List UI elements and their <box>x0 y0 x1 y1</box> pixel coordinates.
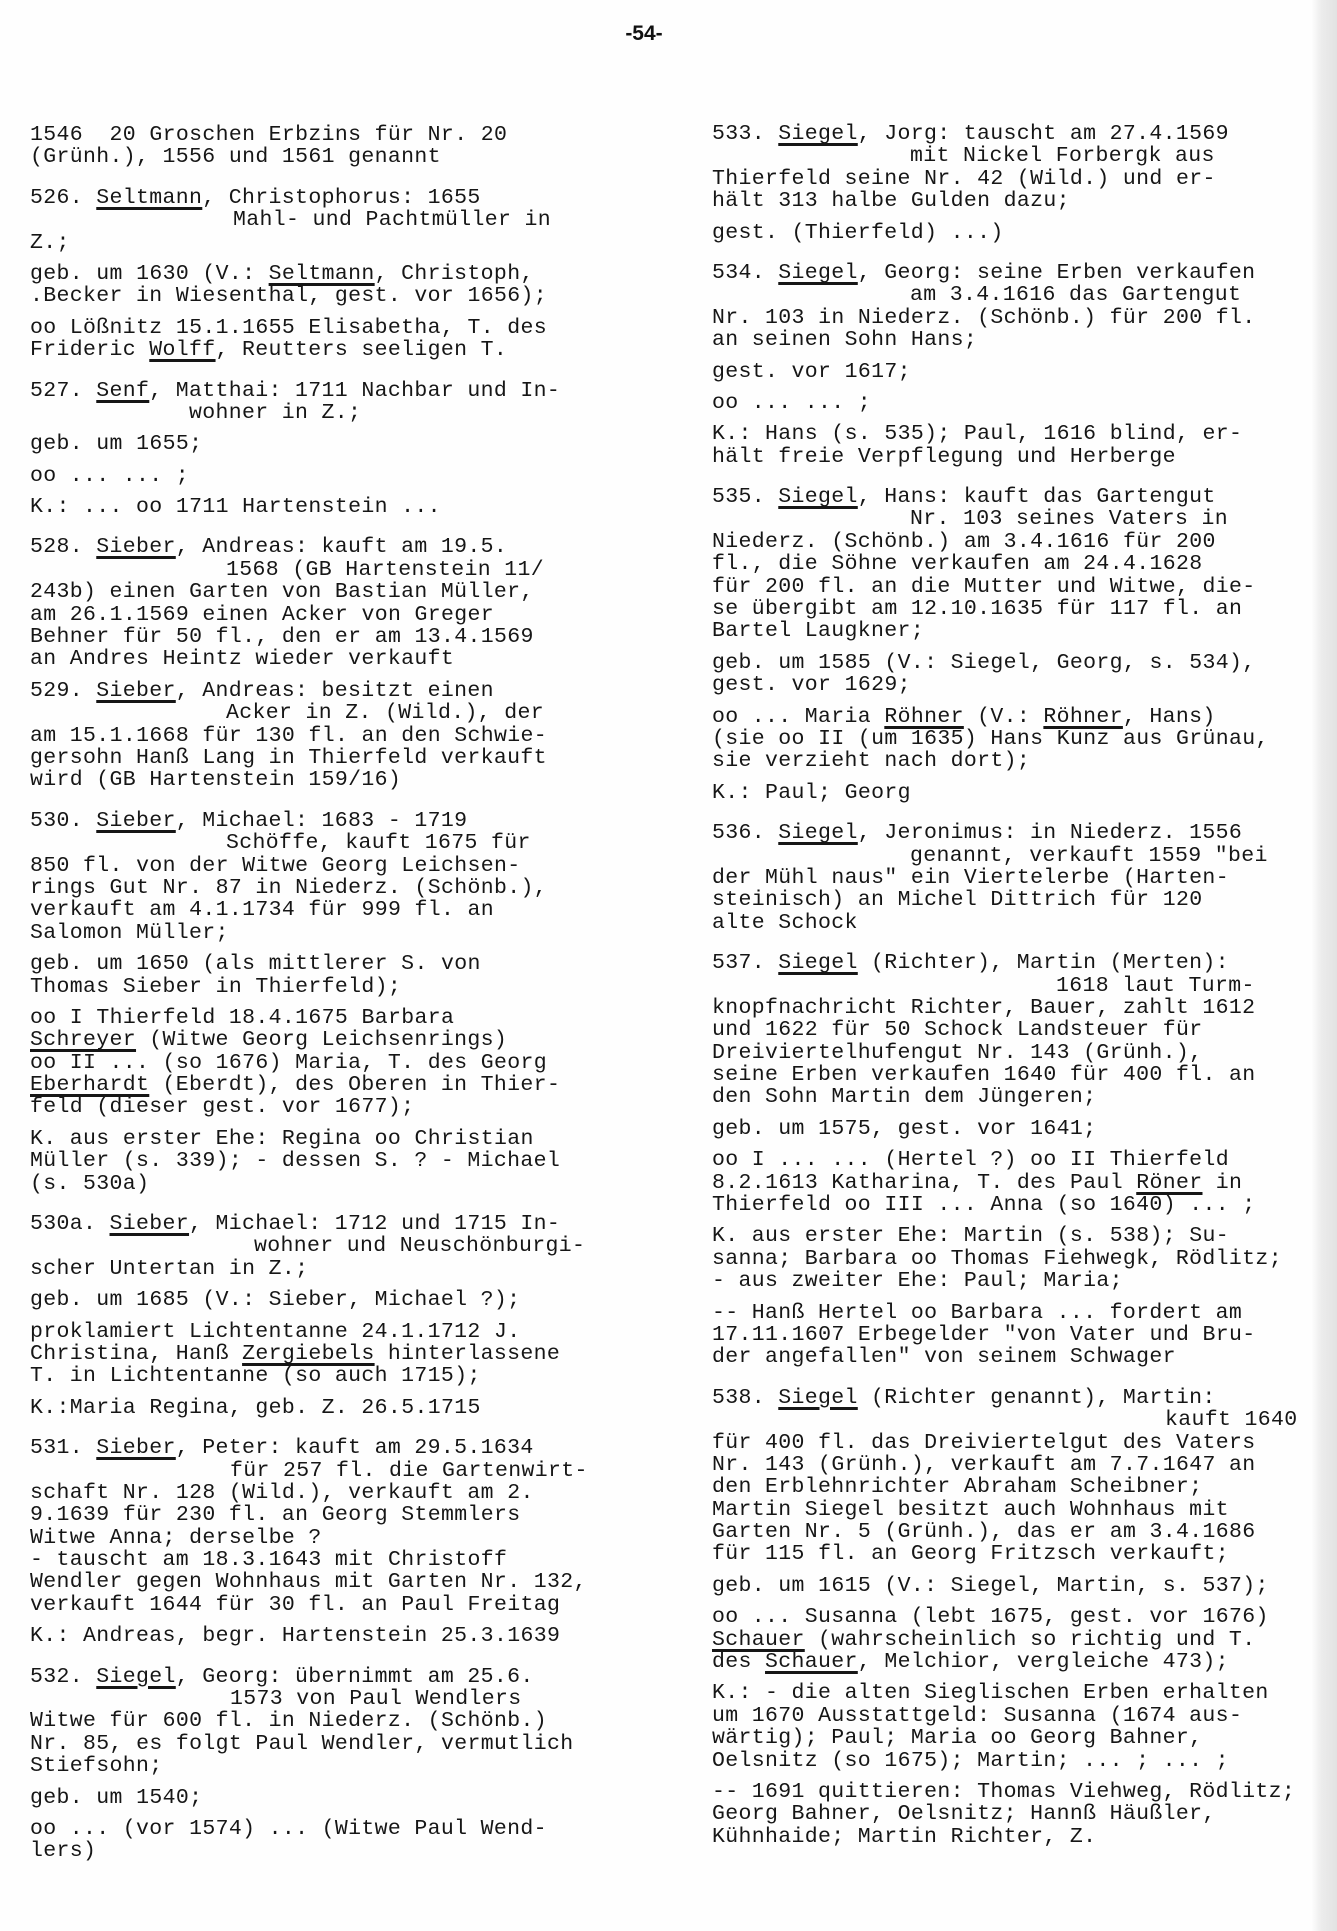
entry-paragraph: oo ... ... ; <box>30 465 680 487</box>
entry-surname: Sieber <box>96 809 176 833</box>
entry-heading-continuation: für 257 fl. die Gartenwirt- <box>30 1460 680 1482</box>
text-line: - tauscht am 18.3.1643 mit Christoff <box>30 1549 680 1571</box>
text-line: Schreyer (Witwe Georg Leichsenrings) <box>30 1029 680 1051</box>
entry-number: 527. <box>30 379 96 403</box>
genealogy-entry: 530. Sieber, Michael: 1683 - 1719Schöffe… <box>30 810 680 944</box>
text-line: proklamiert Lichtentanne 24.1.1712 J. <box>30 1321 680 1343</box>
text-line: Thierfeld oo III ... Anna (so 1640) ... … <box>712 1194 1312 1216</box>
entry-paragraph: oo ... Susanna (lebt 1675, gest. vor 167… <box>712 1606 1312 1673</box>
text-line: um 1670 Ausstattgeld: Susanna (1674 aus- <box>712 1705 1312 1727</box>
text-line: K.: ... oo 1711 Hartenstein ... <box>30 496 680 518</box>
entry-heading-text: , Matthai: 1711 Nachbar und In- <box>149 379 560 403</box>
text-line: alte Schock <box>712 912 1312 934</box>
text-line: der angefallen" von seinem Schwager <box>712 1346 1312 1368</box>
text-line: hält 313 halbe Gulden dazu; <box>712 190 1312 212</box>
text-line: sanna; Barbara oo Thomas Fiehwegk, Rödli… <box>712 1248 1312 1270</box>
text-line: 8.2.1613 Katharina, T. des Paul Röner in <box>712 1172 1312 1194</box>
text-line: Salomon Müller; <box>30 922 680 944</box>
entry-heading: 536. Siegel, Jeronimus: in Niederz. 1556 <box>712 822 1312 844</box>
entry-number: 526. <box>30 186 96 210</box>
text-line: für 200 fl. an die Mutter und Witwe, die… <box>712 576 1312 598</box>
entry-paragraph: oo I Thierfeld 18.4.1675 BarbaraSchreyer… <box>30 1007 680 1119</box>
text-line: lers) <box>30 1840 680 1862</box>
text-line: 17.11.1607 Erbegelder "von Vater und Bru… <box>712 1324 1312 1346</box>
entry-paragraph: gest. vor 1617; <box>712 361 1312 383</box>
text-line: gest. vor 1617; <box>712 361 1312 383</box>
entry-paragraph: 1546 20 Groschen Erbzins für Nr. 20(Grün… <box>30 124 680 169</box>
text-line: sie verzieht nach dort); <box>712 750 1312 772</box>
genealogy-entry: 535. Siegel, Hans: kauft das GartengutNr… <box>712 486 1312 643</box>
text-line: Niederz. (Schönb.) am 3.4.1616 für 200 <box>712 531 1312 553</box>
text-line: geb. um 1685 (V.: Sieber, Michael ?); <box>30 1289 680 1311</box>
entry-paragraph: oo ... ... ; <box>712 392 1312 414</box>
text-line: gest. (Thierfeld) ...) <box>712 222 1312 244</box>
entry-heading-text: , Andreas: besitzt einen <box>176 679 494 703</box>
text-line: 1546 20 Groschen Erbzins für Nr. 20 <box>30 124 680 146</box>
genealogy-entry: 531. Sieber, Peter: kauft am 29.5.1634fü… <box>30 1437 680 1616</box>
text-line: Nr. 103 in Niederz. (Schönb.) für 200 fl… <box>712 307 1312 329</box>
underlined-surname: Eberhardt <box>30 1073 149 1097</box>
genealogy-entry: 533. Siegel, Jorg: tauscht am 27.4.1569m… <box>712 123 1312 213</box>
scan-edge-shadow <box>1311 0 1337 1931</box>
entry-surname: Siegel <box>778 261 858 285</box>
text-line: geb. um 1575, gest. vor 1641; <box>712 1118 1312 1140</box>
text-line: Eberhardt (Eberdt), des Oberen in Thier- <box>30 1074 680 1096</box>
text-line: an seinen Sohn Hans; <box>712 329 1312 351</box>
entry-heading-continuation: Acker in Z. (Wild.), der <box>30 702 680 724</box>
entry-heading-continuation: wohner in Z.; <box>30 402 680 424</box>
text-line: fl., die Söhne verkaufen am 24.4.1628 <box>712 553 1312 575</box>
text-line: wird (GB Hartenstein 159/16) <box>30 769 680 791</box>
entry-surname: Seltmann <box>96 186 202 210</box>
entry-heading: 531. Sieber, Peter: kauft am 29.5.1634 <box>30 1437 680 1459</box>
text-line: und 1622 für 50 Schock Landsteuer für <box>712 1019 1312 1041</box>
entry-paragraph: K.:Maria Regina, geb. Z. 26.5.1715 <box>30 1397 680 1419</box>
entry-paragraph: geb. um 1655; <box>30 433 680 455</box>
entry-number: 533. <box>712 122 778 146</box>
genealogy-entry: 529. Sieber, Andreas: besitzt einenAcker… <box>30 680 680 792</box>
entry-paragraph: proklamiert Lichtentanne 24.1.1712 J.Chr… <box>30 1321 680 1388</box>
entry-heading-continuation: am 3.4.1616 das Gartengut <box>712 284 1312 306</box>
entry-heading-continuation: 1573 von Paul Wendlers <box>30 1688 680 1710</box>
underlined-surname: Röner <box>1136 1171 1202 1195</box>
genealogy-entry: 537. Siegel (Richter), Martin (Merten):1… <box>712 952 1312 1109</box>
underlined-surname: Wolff <box>149 338 215 362</box>
entry-heading: 533. Siegel, Jorg: tauscht am 27.4.1569 <box>712 123 1312 145</box>
text-line: am 26.1.1569 einen Acker von Greger <box>30 604 680 626</box>
entry-heading: 532. Siegel, Georg: übernimmt am 25.6. <box>30 1666 680 1688</box>
entry-surname: Siegel <box>778 1386 858 1410</box>
entry-paragraph: geb. um 1615 (V.: Siegel, Martin, s. 537… <box>712 1575 1312 1597</box>
entry-paragraph: geb. um 1585 (V.: Siegel, Georg, s. 534)… <box>712 652 1312 697</box>
text-line: Witwe für 600 fl. in Niederz. (Schönb.) <box>30 1710 680 1732</box>
text-line: Dreiviertelhufengut Nr. 143 (Grünh.), <box>712 1042 1312 1064</box>
text-line: Z.; <box>30 232 680 254</box>
text-line: für 400 fl. das Dreiviertelgut des Vater… <box>712 1432 1312 1454</box>
text-line: K.:Maria Regina, geb. Z. 26.5.1715 <box>30 1397 680 1419</box>
text-line: an Andres Heintz wieder verkauft <box>30 648 680 670</box>
entry-surname: Siegel <box>778 485 858 509</box>
genealogy-entry: 527. Senf, Matthai: 1711 Nachbar und In-… <box>30 380 680 425</box>
text-line: (sie oo II (um 1635) Hans Kunz aus Grüna… <box>712 728 1312 750</box>
text-line: oo Lößnitz 15.1.1655 Elisabetha, T. des <box>30 317 680 339</box>
underlined-surname: Röhner <box>1043 705 1123 729</box>
entry-heading-text: (Richter), Martin (Merten): <box>858 951 1229 975</box>
text-line: Georg Bahner, Oelsnitz; Hannß Häußler, <box>712 1803 1312 1825</box>
entry-paragraph: geb. um 1650 (als mittlerer S. vonThomas… <box>30 953 680 998</box>
left-column: 1546 20 Groschen Erbzins für Nr. 20(Grün… <box>30 124 680 1872</box>
text-line: hält freie Verpflegung und Herberge <box>712 446 1312 468</box>
text-line: Thomas Sieber in Thierfeld); <box>30 976 680 998</box>
text-line: (s. 530a) <box>30 1173 680 1195</box>
genealogy-entry: 526. Seltmann, Christophorus: 1655Mahl- … <box>30 187 680 254</box>
text-line: -- Hanß Hertel oo Barbara ... fordert am <box>712 1302 1312 1324</box>
text-line: Schauer (wahrscheinlich so richtig und T… <box>712 1629 1312 1651</box>
entry-paragraph: K.: Paul; Georg <box>712 782 1312 804</box>
entry-surname: Siegel <box>778 821 858 845</box>
text-line: gersohn Hanß Lang in Thierfeld verkauft <box>30 747 680 769</box>
entry-paragraph: geb. um 1685 (V.: Sieber, Michael ?); <box>30 1289 680 1311</box>
text-line: der Mühl naus" ein Viertelerbe (Harten- <box>712 867 1312 889</box>
text-line: Witwe Anna; derselbe ? <box>30 1527 680 1549</box>
underlined-surname: Zergiebels <box>242 1342 375 1366</box>
document-page: -54- 1546 20 Groschen Erbzins für Nr. 20… <box>0 0 1337 1931</box>
entry-number: 528. <box>30 535 96 559</box>
text-line: verkauft 1644 für 30 fl. an Paul Freitag <box>30 1594 680 1616</box>
entry-heading: 529. Sieber, Andreas: besitzt einen <box>30 680 680 702</box>
underlined-surname: Schauer <box>712 1628 805 1652</box>
entry-heading: 530. Sieber, Michael: 1683 - 1719 <box>30 810 680 832</box>
entry-heading: 526. Seltmann, Christophorus: 1655 <box>30 187 680 209</box>
text-line: am 15.1.1668 für 130 fl. an den Schwie- <box>30 725 680 747</box>
text-line: geb. um 1630 (V.: Seltmann, Christoph, <box>30 263 680 285</box>
entry-paragraph: K. aus erster Ehe: Regina oo ChristianMü… <box>30 1128 680 1195</box>
text-line: Nr. 143 (Grünh.), verkauft am 7.7.1647 a… <box>712 1454 1312 1476</box>
entry-heading-text: (Richter genannt), Martin: <box>858 1386 1216 1410</box>
text-line: feld (dieser gest. vor 1677); <box>30 1096 680 1118</box>
entry-heading-continuation: genannt, verkauft 1559 "bei <box>712 845 1312 867</box>
text-line: Kühnhaide; Martin Richter, Z. <box>712 1826 1312 1848</box>
entry-heading: 527. Senf, Matthai: 1711 Nachbar und In- <box>30 380 680 402</box>
entry-heading-text: , Peter: kauft am 29.5.1634 <box>176 1436 534 1460</box>
text-line: oo ... Maria Röhner (V.: Röhner, Hans) <box>712 706 1312 728</box>
text-line: seine Erben verkaufen 1640 für 400 fl. a… <box>712 1064 1312 1086</box>
text-line: K. aus erster Ehe: Martin (s. 538); Su- <box>712 1225 1312 1247</box>
entry-heading-text: , Christophorus: 1655 <box>202 186 480 210</box>
entry-surname: Sieber <box>96 535 176 559</box>
text-line: 9.1639 für 230 fl. an Georg Stemmlers <box>30 1504 680 1526</box>
text-line: K. aus erster Ehe: Regina oo Christian <box>30 1128 680 1150</box>
text-line: 850 fl. von der Witwe Georg Leichsen- <box>30 855 680 877</box>
text-line: oo ... ... ; <box>30 465 680 487</box>
entry-heading-text: , Hans: kauft das Gartengut <box>858 485 1216 509</box>
entry-heading-continuation: Schöffe, kauft 1675 für <box>30 832 680 854</box>
entry-heading-text: , Michael: 1683 - 1719 <box>176 809 468 833</box>
entry-heading-continuation: wohner und Neuschönburgi- <box>30 1235 680 1257</box>
text-line: verkauft am 4.1.1734 für 999 fl. an <box>30 899 680 921</box>
text-line: Nr. 85, es folgt Paul Wendler, vermutlic… <box>30 1733 680 1755</box>
text-line: knopfnachricht Richter, Bauer, zahlt 161… <box>712 997 1312 1019</box>
entry-paragraph: geb. um 1540; <box>30 1787 680 1809</box>
text-line: Oelsnitz (so 1675); Martin; ... ; ... ; <box>712 1750 1312 1772</box>
text-line: se übergibt am 12.10.1635 für 117 fl. an <box>712 598 1312 620</box>
entry-paragraph: oo ... Maria Röhner (V.: Röhner, Hans)(s… <box>712 706 1312 773</box>
underlined-surname: Röhner <box>884 705 964 729</box>
entry-heading-continuation: 1568 (GB Hartenstein 11/ <box>30 559 680 581</box>
text-line: schaft Nr. 128 (Wild.), verkauft am 2. <box>30 1482 680 1504</box>
text-line: geb. um 1585 (V.: Siegel, Georg, s. 534)… <box>712 652 1312 674</box>
entry-heading: 534. Siegel, Georg: seine Erben verkaufe… <box>712 262 1312 284</box>
genealogy-entry: 538. Siegel (Richter genannt), Martin:ka… <box>712 1387 1312 1566</box>
entry-heading-text: , Michael: 1712 und 1715 In- <box>189 1212 560 1236</box>
entry-heading-continuation: Nr. 103 seines Vaters in <box>712 508 1312 530</box>
text-line: Christina, Hanß Zergiebels hinterlassene <box>30 1343 680 1365</box>
text-line: K.: Andreas, begr. Hartenstein 25.3.1639 <box>30 1625 680 1647</box>
entry-surname: Senf <box>96 379 149 403</box>
entry-number: 536. <box>712 821 778 845</box>
text-line: 243b) einen Garten von Bastian Müller, <box>30 581 680 603</box>
entry-heading-continuation: Mahl- und Pachtmüller in <box>30 209 680 231</box>
entry-paragraph: K.: - die alten Sieglischen Erben erhalt… <box>712 1682 1312 1772</box>
underlined-surname: Schauer <box>765 1650 858 1674</box>
entry-surname: Sieber <box>110 1212 190 1236</box>
entry-heading: 538. Siegel (Richter genannt), Martin: <box>712 1387 1312 1409</box>
entry-paragraph: K.: Hans (s. 535); Paul, 1616 blind, er-… <box>712 423 1312 468</box>
text-line: (Grünh.), 1556 und 1561 genannt <box>30 146 680 168</box>
entry-number: 535. <box>712 485 778 509</box>
text-line: oo ... ... ; <box>712 392 1312 414</box>
entry-paragraph: oo I ... ... (Hertel ?) oo II Thierfeld8… <box>712 1149 1312 1216</box>
entry-surname: Sieber <box>96 679 176 703</box>
page-number: -54- <box>614 22 674 46</box>
text-line: oo ... (vor 1574) ... (Witwe Paul Wend- <box>30 1818 680 1840</box>
entry-heading-text: , Jeronimus: in Niederz. 1556 <box>858 821 1242 845</box>
text-line: Bartel Laugkner; <box>712 620 1312 642</box>
genealogy-entry: 536. Siegel, Jeronimus: in Niederz. 1556… <box>712 822 1312 934</box>
text-line: wärtig); Paul; Maria oo Georg Bahner, <box>712 1727 1312 1749</box>
text-line: Wendler gegen Wohnhaus mit Garten Nr. 13… <box>30 1571 680 1593</box>
entry-number: 531. <box>30 1436 96 1460</box>
text-line: oo II ... (so 1676) Maria, T. des Georg <box>30 1052 680 1074</box>
entry-paragraph: K.: ... oo 1711 Hartenstein ... <box>30 496 680 518</box>
right-column: 533. Siegel, Jorg: tauscht am 27.4.1569m… <box>712 123 1312 1857</box>
entry-number: 532. <box>30 1665 96 1689</box>
entry-heading-text: , Georg: seine Erben verkaufen <box>858 261 1256 285</box>
text-line: geb. um 1655; <box>30 433 680 455</box>
entry-paragraph: K.: Andreas, begr. Hartenstein 25.3.1639 <box>30 1625 680 1647</box>
entry-number: 538. <box>712 1386 778 1410</box>
text-line: geb. um 1615 (V.: Siegel, Martin, s. 537… <box>712 1575 1312 1597</box>
entry-surname: Siegel <box>778 122 858 146</box>
entry-heading-text: , Jorg: tauscht am 27.4.1569 <box>858 122 1229 146</box>
entry-paragraph: gest. (Thierfeld) ...) <box>712 222 1312 244</box>
text-line: geb. um 1650 (als mittlerer S. von <box>30 953 680 975</box>
entry-surname: Siegel <box>96 1665 176 1689</box>
entry-heading-text: , Georg: übernimmt am 25.6. <box>176 1665 534 1689</box>
text-line: Martin Siegel besitzt auch Wohnhaus mit <box>712 1499 1312 1521</box>
text-line: geb. um 1540; <box>30 1787 680 1809</box>
text-line: rings Gut Nr. 87 in Niederz. (Schönb.), <box>30 877 680 899</box>
text-line: scher Untertan in Z.; <box>30 1258 680 1280</box>
text-line: Frideric Wolff, Reutters seeligen T. <box>30 339 680 361</box>
text-line: Garten Nr. 5 (Grünh.), das er am 3.4.168… <box>712 1521 1312 1543</box>
text-line: T. in Lichtentanne (so auch 1715); <box>30 1365 680 1387</box>
entry-number: 530. <box>30 809 96 833</box>
entry-heading-continuation: kauft 1640 <box>712 1409 1312 1431</box>
text-line: K.: - die alten Sieglischen Erben erhalt… <box>712 1682 1312 1704</box>
text-line: K.: Paul; Georg <box>712 782 1312 804</box>
text-line: Müller (s. 339); - dessen S. ? - Michael <box>30 1150 680 1172</box>
entry-heading: 535. Siegel, Hans: kauft das Gartengut <box>712 486 1312 508</box>
text-line: Thierfeld seine Nr. 42 (Wild.) und er- <box>712 168 1312 190</box>
text-line: steinisch) an Michel Dittrich für 120 <box>712 889 1312 911</box>
entry-heading: 530a. Sieber, Michael: 1712 und 1715 In- <box>30 1213 680 1235</box>
text-line: Stiefsohn; <box>30 1755 680 1777</box>
entry-paragraph: oo ... (vor 1574) ... (Witwe Paul Wend-l… <box>30 1818 680 1863</box>
entry-heading-continuation: 1618 laut Turm- <box>712 975 1312 997</box>
underlined-surname: Seltmann <box>269 262 375 286</box>
entry-paragraph: geb. um 1575, gest. vor 1641; <box>712 1118 1312 1140</box>
entry-surname: Sieber <box>96 1436 176 1460</box>
entry-paragraph: oo Lößnitz 15.1.1655 Elisabetha, T. desF… <box>30 317 680 362</box>
text-line: des Schauer, Melchior, vergleiche 473); <box>712 1651 1312 1673</box>
entry-surname: Siegel <box>778 951 858 975</box>
text-line: - aus zweiter Ehe: Paul; Maria; <box>712 1270 1312 1292</box>
text-line: den Erblehnrichter Abraham Scheibner; <box>712 1476 1312 1498</box>
entry-paragraph: K. aus erster Ehe: Martin (s. 538); Su-s… <box>712 1225 1312 1292</box>
entry-heading-text: , Andreas: kauft am 19.5. <box>176 535 507 559</box>
entry-number: 534. <box>712 261 778 285</box>
genealogy-entry: 534. Siegel, Georg: seine Erben verkaufe… <box>712 262 1312 352</box>
text-line: .Becker in Wiesenthal, gest. vor 1656); <box>30 285 680 307</box>
entry-number: 529. <box>30 679 96 703</box>
genealogy-entry: 530a. Sieber, Michael: 1712 und 1715 In-… <box>30 1213 680 1280</box>
entry-heading: 528. Sieber, Andreas: kauft am 19.5. <box>30 536 680 558</box>
text-line: oo ... Susanna (lebt 1675, gest. vor 167… <box>712 1606 1312 1628</box>
text-line: gest. vor 1629; <box>712 674 1312 696</box>
entry-number: 530a. <box>30 1212 110 1236</box>
text-line: -- 1691 quittieren: Thomas Viehweg, Rödl… <box>712 1781 1312 1803</box>
entry-heading: 537. Siegel (Richter), Martin (Merten): <box>712 952 1312 974</box>
text-line: Behner für 50 fl., den er am 13.4.1569 <box>30 626 680 648</box>
entry-paragraph: -- Hanß Hertel oo Barbara ... fordert am… <box>712 1302 1312 1369</box>
genealogy-entry: 528. Sieber, Andreas: kauft am 19.5.1568… <box>30 536 680 670</box>
entry-paragraph: -- 1691 quittieren: Thomas Viehweg, Rödl… <box>712 1781 1312 1848</box>
underlined-surname: Schreyer <box>30 1028 136 1052</box>
text-line: oo I ... ... (Hertel ?) oo II Thierfeld <box>712 1149 1312 1171</box>
text-line: für 115 fl. an Georg Fritzsch verkauft; <box>712 1543 1312 1565</box>
entry-heading-continuation: mit Nickel Forbergk aus <box>712 145 1312 167</box>
entry-number: 537. <box>712 951 778 975</box>
text-line: oo I Thierfeld 18.4.1675 Barbara <box>30 1007 680 1029</box>
entry-paragraph: geb. um 1630 (V.: Seltmann, Christoph,.B… <box>30 263 680 308</box>
text-line: den Sohn Martin dem Jüngeren; <box>712 1086 1312 1108</box>
text-line: K.: Hans (s. 535); Paul, 1616 blind, er- <box>712 423 1312 445</box>
genealogy-entry: 532. Siegel, Georg: übernimmt am 25.6.15… <box>30 1666 680 1778</box>
